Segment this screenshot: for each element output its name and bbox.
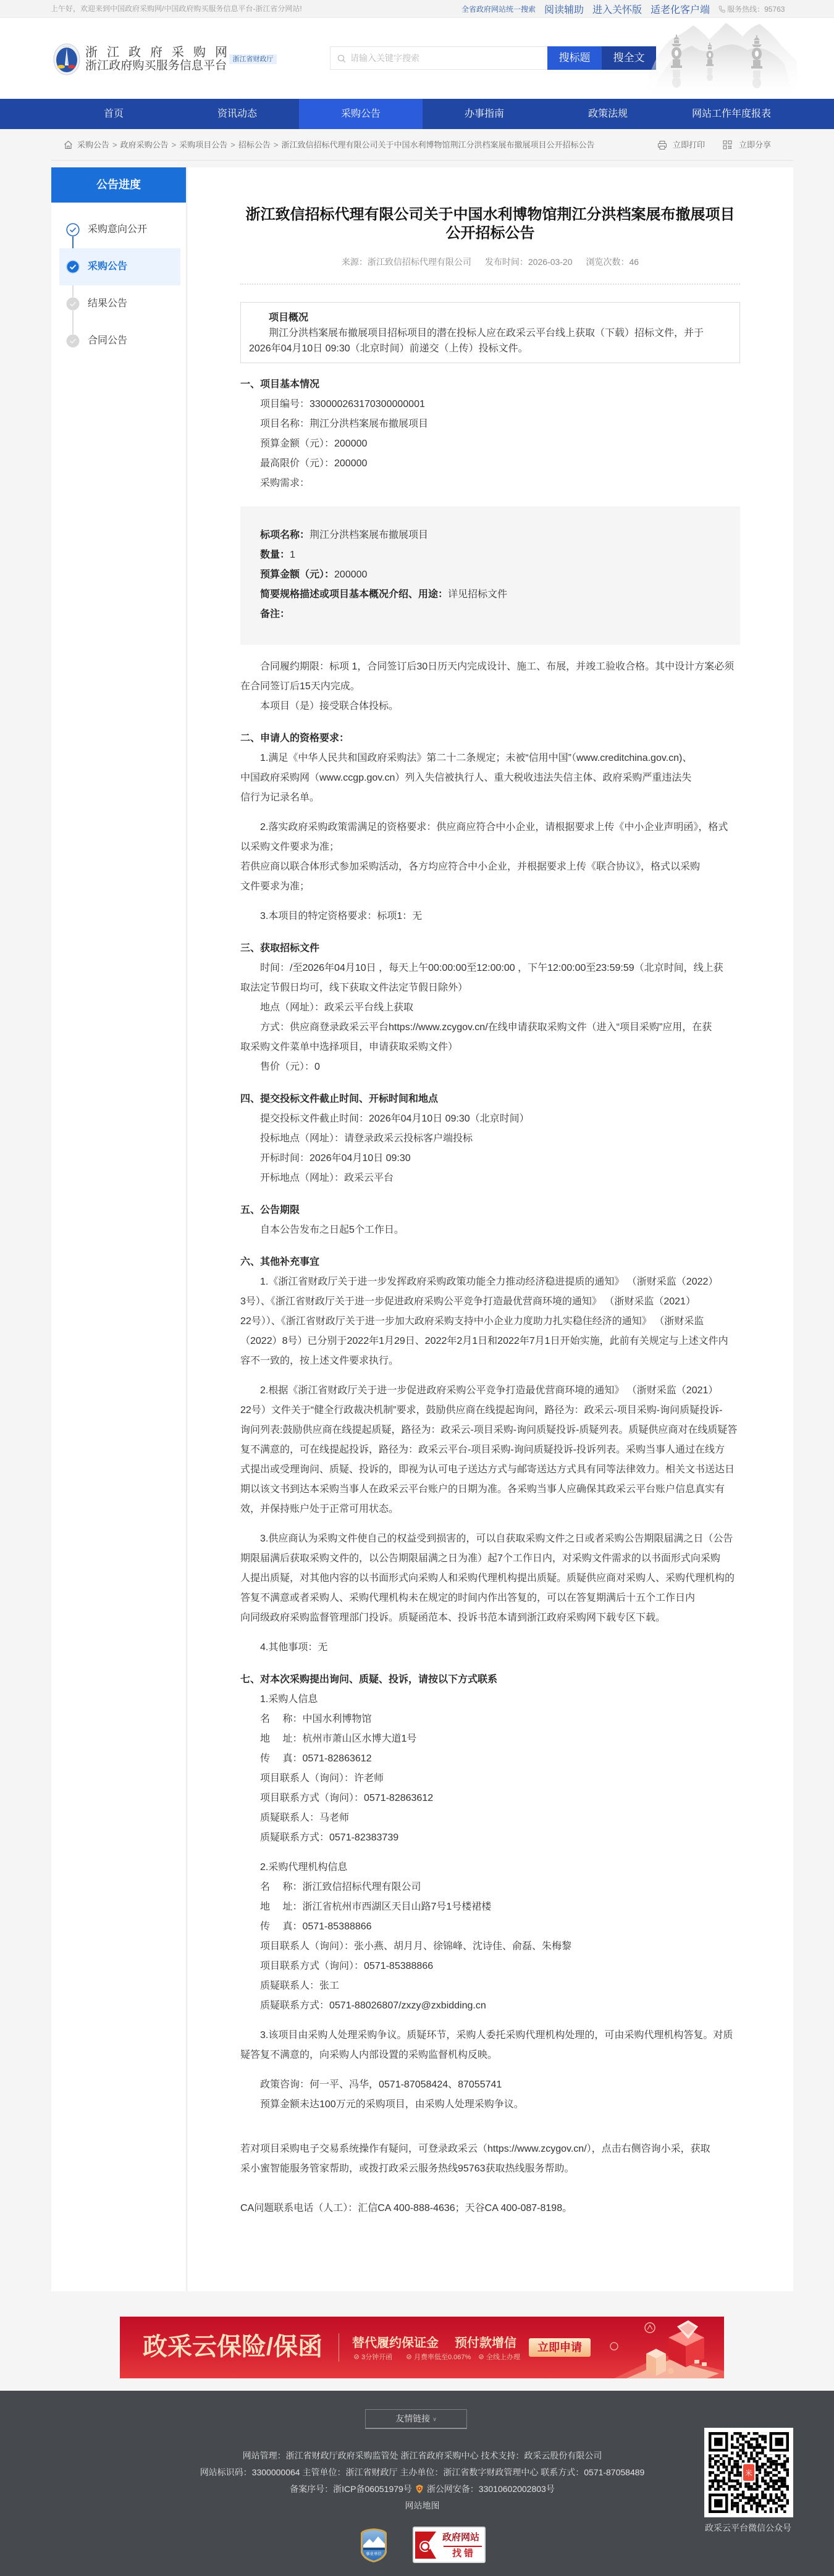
section-heading: 七、对本次采购提出询问、质疑、投诉，请按以下方式联系 xyxy=(240,1670,740,1690)
obtain-method: 取采购文件菜单中选择项目，申请获取采购文件） xyxy=(240,1038,740,1057)
finance-dept-tag: 浙江省财政厅 xyxy=(229,54,277,64)
contract-period: 在合同签订后15天内完成。 xyxy=(240,677,740,697)
article: 浙江致信招标代理有限公司关于中国水利博物馆荆江分洪档案展布撤展项目 公开招标公告… xyxy=(240,206,740,2218)
obtain-method: 方式：供应商登录政采云平台https://www.zcygov.cn/在线申请获… xyxy=(240,1018,740,1038)
supplementary-1: 22号））、《浙江省财政厅关于进一步加大政府采购支持中小企业力度助力扎实稳住经济… xyxy=(240,1312,740,1332)
step-procurement-intent[interactable]: 采购意向公开 xyxy=(59,211,180,248)
breadcrumb-separator: > xyxy=(230,140,235,149)
requirement-1: 1.满足《中华人民共和国政府采购法》第二十二条规定；未被“信用中国”（www.c… xyxy=(240,749,740,768)
agency-contact: 项目联系人（询问）：张小燕、胡月月、徐锦峰、沈诗佳、俞磊、朱梅黎 xyxy=(240,1937,740,1957)
overview-line: 荆江分洪档案展布撤展项目招标项目的潜在投标人应在政采云平台线上获取（下载）招标文… xyxy=(249,325,731,341)
dotted-divider xyxy=(240,283,740,285)
mountain-pagoda-decoration xyxy=(649,18,797,99)
feature-text: 月费率低至0.067% xyxy=(414,2352,471,2362)
bid-place: 投标地点（网址）：请登录政采云投标客户端投标 xyxy=(240,1129,740,1149)
logo-text[interactable]: 浙 江 政 府 采 购 网 浙江政府购买服务信息平台 xyxy=(85,46,227,73)
top-links: 全省政府网站统一搜索 阅读辅助 进入关怀版 适老化客户端 服务热线：95763 xyxy=(461,0,785,18)
procurement-demand-label: 采购需求： xyxy=(240,474,740,493)
lot-label: 备注： xyxy=(260,609,290,619)
section-heading: 二、申请人的资格要求： xyxy=(240,729,740,749)
logo-subtitle: 浙江政府购买服务信息平台 xyxy=(85,59,227,73)
breadcrumb-separator: > xyxy=(274,140,279,149)
requirement-2: 以采购文件要求为准； xyxy=(240,837,740,857)
care-mode-link[interactable]: 进入关怀版 xyxy=(592,2,642,16)
section-heading: 五、公告期限 xyxy=(240,1201,740,1220)
dispute-handling: 疑答复不满意的，向采购人内部设置的采购监督机构反映。 xyxy=(240,2045,740,2065)
main-nav: 首页 资讯动态 采购公告 办事指南 政策法规 网站工作年度报表 xyxy=(0,99,834,129)
agency-name: 名 称：浙江致信招标代理有限公司 xyxy=(240,1877,740,1897)
supplementary-2: 效，并保持账户处于正常可用状态。 xyxy=(240,1500,740,1519)
view-count: 浏览次数：46 xyxy=(586,257,639,267)
step-result-notice[interactable]: 结果公告 xyxy=(59,285,180,322)
reading-aid-link[interactable]: 阅读辅助 xyxy=(544,2,584,16)
nav-annual-report[interactable]: 网站工作年度报表 xyxy=(670,99,793,129)
purchaser-challenge-phone: 质疑联系方式：0571-82383739 xyxy=(240,1828,740,1848)
badge-error-underline xyxy=(444,2546,482,2547)
lot-value: 200000 xyxy=(334,569,367,580)
lot-label: 标项名称： xyxy=(260,530,310,540)
notice-period: 自本公告发布之日起5个工作日。 xyxy=(240,1220,740,1240)
greeting-text: 上午好，欢迎来到中国政府采购网/中国政府购买服务信息平台-浙江省分网站! xyxy=(51,0,302,18)
bid-deadline: 提交投标文件截止时间：2026年04月10日 09:30（北京时间） xyxy=(240,1109,740,1129)
document-price: 售价（元）：0 xyxy=(240,1057,740,1077)
svg-text:米: 米 xyxy=(745,2469,752,2477)
apply-now-button[interactable]: 立即申请 xyxy=(529,2338,591,2357)
requirement-2-consortium: 若供应商以联合体形式参加采购活动，各方均应符合中小企业，并根据要求上传《联合协议… xyxy=(240,857,740,877)
site-header: • • • • • 浙 江 政 府 采 购 网 浙江政府购买服务信息平台 浙江省… xyxy=(0,18,834,99)
police-record-link[interactable]: 浙公网安备：33010602002803号 xyxy=(427,2484,555,2494)
supplementary-2: 期以该文书到达本采购当事人在政采云平台账户的日期为准。各采购当事人应确保其政采云… xyxy=(240,1480,740,1500)
elderly-client-link[interactable]: 适老化客户端 xyxy=(651,2,710,16)
print-button[interactable]: 立即打印 xyxy=(673,129,705,161)
lot-info-box: 标项名称：荆江分洪档案展布撤展项目 数量：1 预算金额（元）：200000 简要… xyxy=(240,506,740,645)
qr-caption: 政采云平台微信公众号 xyxy=(699,2522,798,2534)
banner-subtitle: 预付款增信 xyxy=(455,2336,516,2351)
project-name: 项目名称：荆江分洪档案展布撤展项目 xyxy=(240,414,740,434)
policy-consult: 政策咨询：何一平、冯华，0571-87058424、87055741 xyxy=(240,2075,740,2095)
purchaser-info-title: 1.采购人信息 xyxy=(240,1690,740,1710)
share-button[interactable]: 立即分享 xyxy=(739,129,771,161)
notice-progress-sidebar: 公告进度 采购意向公开 采购公告 结果公告 合同公告 xyxy=(51,167,187,2291)
step-label: 采购公告 xyxy=(88,248,127,285)
search-fulltext-button[interactable]: 搜全文 xyxy=(602,46,656,70)
step-contract-notice[interactable]: 合同公告 xyxy=(59,322,180,359)
breadcrumb-separator: > xyxy=(172,140,177,149)
supplementary-2: 询问列表:鼓励供应商在线提起质疑，路径为：政采云-项目采购-询问质疑投诉-质疑列… xyxy=(240,1420,740,1440)
budget-amount: 预算金额（元）：200000 xyxy=(240,434,740,454)
lot-row: 简要规格描述或项目基本概况介绍、用途：详见招标文件 xyxy=(260,585,740,605)
check-circle-icon xyxy=(406,2354,411,2359)
breadcrumb: 采购公告>政府采购公告>采购项目公告>招标公告>浙江致信招标代理有限公司关于中国… xyxy=(77,129,594,161)
requirement-2: 2.落实政府采购政策需满足的资格要求：供应商应符合中小企业，请根据要求上传《中小… xyxy=(240,818,740,837)
nav-policies[interactable]: 政策法规 xyxy=(546,99,670,129)
supplementary-1: 容不一致的，按上述文件要求执行。 xyxy=(240,1351,740,1371)
project-overview-box: 项目概况 荆江分洪档案展布撤展项目招标项目的潜在投标人应在政采云平台线上获取（下… xyxy=(240,302,740,363)
badge-error-line1: 政府网站 xyxy=(442,2532,479,2544)
logo-emblem-icon[interactable]: • • • • • xyxy=(53,43,80,75)
lot-label: 简要规格描述或项目基本概况介绍、用途： xyxy=(260,589,448,600)
requirement-1: 中国政府采购网（www.ccgp.gov.cn）列入失信被执行人、重大税收违法失… xyxy=(240,768,740,788)
gov-site-error-report-badge[interactable]: 政府网站 找错 xyxy=(413,2527,486,2563)
section-heading: 三、获取招标文件 xyxy=(240,939,740,959)
step-label: 结果公告 xyxy=(88,285,127,322)
agency-address: 地 址：浙江省杭州市西湖区天目山路7号1号楼裙楼 xyxy=(240,1897,740,1917)
purchaser-fax: 传 真：0571-82863612 xyxy=(240,1749,740,1769)
chevron-down-icon: ∨ xyxy=(432,2410,437,2428)
agency-info-title: 2.采购代理机构信息 xyxy=(240,1858,740,1877)
public-institution-badge[interactable]: 事业单位 xyxy=(360,2528,388,2563)
sidebar-title: 公告进度 xyxy=(51,167,186,203)
badge-error-line2: 找错 xyxy=(452,2548,476,2560)
supplementary-4: 4.其他事项：无 xyxy=(240,1638,740,1658)
agency-fax: 传 真：0571-85388866 xyxy=(240,1917,740,1937)
section-heading: 一、项目基本情况 xyxy=(240,375,740,395)
section-heading: 四、提交投标文件截止时间、开标时间和地点 xyxy=(240,1089,740,1109)
friend-links-label: 友情链接 xyxy=(395,2414,430,2423)
badge-text: 事业单位 xyxy=(366,2551,382,2556)
help-note: 采小蜜智能服务管家帮助，或拨打政采云服务热线95763获取热线服务帮助。 xyxy=(240,2159,740,2179)
lot-row: 预算金额（元）：200000 xyxy=(260,565,740,585)
ca-contact: CA问题联系电话（人工）：汇信CA 400-888-4636；天谷CA 400-… xyxy=(240,2199,740,2218)
opening-time: 开标时间：2026年04月10日 09:30 xyxy=(240,1149,740,1168)
help-note: 若对项目采购电子交易系统操作有疑问，可登录政采云（https://www.zcy… xyxy=(240,2139,740,2159)
requirement-3: 3.本项目的特定资格要求：标项1：无 xyxy=(240,907,740,926)
supplementary-3: 3.供应商认为采购文件使自己的权益受到损害的，可以自获取采购文件之日或者采购公告… xyxy=(240,1529,740,1549)
lot-value: 详见招标文件 xyxy=(448,589,507,600)
site-footer: 友情链接∨ 网站管理：浙江省财政厅政府采购监管处 浙江省政府采购中心 技术支持：… xyxy=(0,2391,834,2576)
qr-share-icon[interactable] xyxy=(723,140,732,149)
breadcrumb-item[interactable]: 招标公告 xyxy=(238,140,271,149)
print-icon[interactable] xyxy=(657,140,667,150)
purchaser-address: 地 址：杭州市萧山区水博大道1号 xyxy=(240,1729,740,1749)
supplementary-3: 向同级政府采购监督管理部门投诉。质疑函范本、投诉书范本请到浙江政府采购网下载专区… xyxy=(240,1608,740,1628)
logo-title: 浙 江 政 府 采 购 网 xyxy=(85,46,227,59)
home-icon[interactable] xyxy=(64,140,73,149)
footer-info: 网站管理：浙江省财政厅政府采购监管处 浙江省政府采购中心 技术支持：政采云股份有… xyxy=(51,2448,793,2514)
nav-home[interactable]: 首页 xyxy=(52,99,175,129)
banner-subtitle: 替代履约保证金 xyxy=(352,2336,439,2351)
feature-text: 全线上办理 xyxy=(486,2352,520,2362)
site-search-link[interactable]: 全省政府网站统一搜索 xyxy=(461,4,536,14)
step-procurement-notice[interactable]: 采购公告 xyxy=(59,248,180,285)
overview-heading: 项目概况 xyxy=(249,310,731,325)
search-title-button[interactable]: 搜标题 xyxy=(547,46,602,70)
breadcrumb-item[interactable]: 采购项目公告 xyxy=(179,140,227,149)
check-circle-pending-icon xyxy=(66,297,80,311)
lot-label: 预算金额（元）： xyxy=(260,569,334,580)
nav-procurement-notices[interactable]: 采购公告 xyxy=(299,99,423,129)
banner-feature: 3分钟开函 xyxy=(354,2352,392,2361)
search-input[interactable] xyxy=(350,47,542,69)
hotline-text: 服务热线：95763 xyxy=(727,4,785,14)
phone-icon xyxy=(718,6,725,13)
check-circle-filled-icon xyxy=(66,260,80,274)
supplementary-1: 1.《浙江省财政厅关于进一步发挥政府采购政策功能全力推动经济稳进提质的通知》 （… xyxy=(240,1272,740,1292)
nav-news[interactable]: 资讯动态 xyxy=(175,99,299,129)
purchaser-name: 名 称：中国水利博物馆 xyxy=(240,1710,740,1729)
breadcrumb-item[interactable]: 政府采购公告 xyxy=(120,140,169,149)
consortium-note: 本项目（是）接受联合体投标。 xyxy=(240,697,740,716)
check-circle-pending-icon xyxy=(66,334,80,348)
supplementary-1: （2022）8号）已分别于2022年1月29日、2022年2月1日和2022年7… xyxy=(240,1332,740,1351)
opening-place: 开标地点（网址）：政采云平台 xyxy=(240,1168,740,1188)
lot-value: 荆江分洪档案展布撤展项目 xyxy=(310,530,428,540)
supplementary-2: 式提出或受理询问、质疑、投诉的，即视为认可电子送达方式与邮寄送达方式具有同等法律… xyxy=(240,1460,740,1480)
supplementary-3: 期限届满后获取采购文件的，以公告期限届满之日为准）起7个工作日内，对采购文件需求… xyxy=(240,1549,740,1569)
breadcrumb-separator: > xyxy=(112,140,117,149)
supplementary-1: 3号）、《浙江省财政厅关于进一步促进政府采购公平竞争打造最优营商环境的通知》 （… xyxy=(240,1292,740,1312)
supplementary-2: 2.根据《浙江省财政厅关于进一步促进政府采购公平竞争打造最优营商环境的通知》 （… xyxy=(240,1381,740,1401)
step-label: 合同公告 xyxy=(88,322,127,359)
magnifier-error-icon xyxy=(415,2530,442,2560)
icp-link[interactable]: 备案序号：浙ICP备06051979号 xyxy=(290,2484,412,2494)
banner-divider xyxy=(339,2333,339,2362)
search-box xyxy=(330,46,547,70)
overview-line: 2026年04月10日 09:30（北京时间）前递交（上传）投标文件。 xyxy=(249,341,731,356)
obtain-time: 取法定节假日均可，线下获取文件法定节假日除外） xyxy=(240,978,740,998)
supplementary-3: 人提出质疑，对其他内容的以书面形式向采购人和采购代理机构提出质疑。质疑供应商对采… xyxy=(240,1569,740,1588)
publish-time: 发布时间：2026-03-20 xyxy=(485,257,573,267)
article-title: 浙江致信招标代理有限公司关于中国水利博物馆荆江分洪档案展布撤展项目 xyxy=(240,206,740,224)
max-price: 最高限价（元）：200000 xyxy=(240,454,740,474)
footer-management: 网站管理：浙江省财政厅政府采购监管处 浙江省政府采购中心 技术支持：政采云股份有… xyxy=(51,2448,793,2464)
banner-feature: 月费率低至0.067% xyxy=(406,2352,471,2361)
purchaser-challenge-contact: 质疑联系人：马老师 xyxy=(240,1808,740,1828)
dispute-handling: 3.该项目由采购人处理采购争议。质疑环节，采购人委托采购代理机构处理的，可由采购… xyxy=(240,2026,740,2045)
breadcrumb-item[interactable]: 采购公告 xyxy=(77,140,109,149)
search-icon xyxy=(337,54,346,63)
agency-challenge-contact: 质疑联系人：张工 xyxy=(240,1976,740,1996)
obtain-time: 时间：/至2026年04月10日 ，每天上午00:00:00至12:00:00 … xyxy=(240,959,740,978)
article-title: 公开招标公告 xyxy=(240,224,740,243)
banner-feature: 全线上办理 xyxy=(479,2352,520,2361)
divider xyxy=(51,160,793,161)
section-heading: 六、其他补充事宜 xyxy=(240,1252,740,1272)
lot-value: 1 xyxy=(290,550,295,560)
budget-note: 预算金额未达100万元的采购项目，由采购人处理采购争议。 xyxy=(240,2095,740,2115)
check-circle-icon xyxy=(479,2354,484,2359)
banner-illustration xyxy=(602,2317,724,2378)
insurance-banner[interactable]: 政采云保险/保函 替代履约保证金 预付款增信 3分钟开函 月费率低至0.067%… xyxy=(120,2317,724,2378)
requirement-2-consortium: 文件要求为准； xyxy=(240,877,740,897)
supplementary-2: 22号）文件关于“健全行政裁决机制”要求，鼓励供应商在线提起询问，路径为：政采云… xyxy=(240,1401,740,1420)
footer-site-id: 网站标识码：3300000064 主管单位：浙江省财政厅 主办单位：浙江省数字财… xyxy=(51,2464,793,2481)
svg-text:• • • • •: • • • • • xyxy=(63,45,71,48)
obtain-place: 地点（网址）：政采云平台线上获取 xyxy=(240,998,740,1018)
purchaser-contact: 项目联系人（询问）：许老师 xyxy=(240,1769,740,1789)
sitemap-link[interactable]: 网站地图 xyxy=(405,2501,440,2511)
requirement-1: 信行为记录名单。 xyxy=(240,788,740,808)
nav-service-guide[interactable]: 办事指南 xyxy=(423,99,546,129)
check-circle-icon xyxy=(354,2354,359,2359)
feature-text: 3分钟开函 xyxy=(361,2352,392,2362)
agency-challenge-phone: 质疑联系方式：0571-88026807/zxzy@zxbidding.cn xyxy=(240,1996,740,2016)
project-number: 项目编号：330000263170300000001 xyxy=(240,395,740,414)
agency-contact-phone: 项目联系方式（询问）：0571-85388866 xyxy=(240,1957,740,1976)
contract-period: 合同履约期限：标项 1，合同签订后30日历天内完成设计、施工、布展，并竣工验收合… xyxy=(240,657,740,677)
purchaser-contact-phone: 项目联系方式（询问）：0571-82863612 xyxy=(240,1789,740,1808)
breadcrumb-current: 浙江致信招标代理有限公司关于中国水利博物馆荆江分洪档案展布撤展项目公开招标公告 xyxy=(281,140,594,149)
supplementary-2: 复不满意的，可在线提起投诉，路径为：政采云平台-项目采购-询问质疑投诉-投诉列表… xyxy=(240,1440,740,1460)
friend-links-dropdown[interactable]: 友情链接∨ xyxy=(365,2409,467,2429)
supplementary-3: 答复不满意或者采购人、采购代理机构未在规定的时间内作出答复的，可以在答复期满后十… xyxy=(240,1588,740,1608)
lot-row: 标项名称：荆江分洪档案展布撤展项目 xyxy=(260,526,740,545)
lot-row: 备注： xyxy=(260,605,740,624)
top-bar: 上午好，欢迎来到中国政府采购网/中国政府购买服务信息平台-浙江省分网站! 全省政… xyxy=(0,0,834,18)
lot-label: 数量： xyxy=(260,550,290,560)
check-circle-icon xyxy=(66,223,80,237)
article-meta: 来源：浙江致信招标代理有限公司发布时间：2026-03-20浏览次数：46 xyxy=(240,256,740,268)
lot-row: 数量：1 xyxy=(260,545,740,565)
breadcrumb-bar: 采购公告>政府采购公告>采购项目公告>招标公告>浙江致信招标代理有限公司关于中国… xyxy=(0,129,834,160)
wechat-qr-code: 米 xyxy=(704,2428,793,2517)
article-panel: 浙江致信招标代理有限公司关于中国水利博物馆荆江分洪档案展布撤展项目 公开招标公告… xyxy=(188,167,793,2291)
article-source: 来源：浙江致信招标代理有限公司 xyxy=(342,257,471,267)
footer-record: 备案序号：浙ICP备06051979号浙公网安备：33010602002803号 xyxy=(51,2481,793,2498)
step-label: 采购意向公开 xyxy=(88,211,147,248)
banner-title: 政采云保险/保函 xyxy=(143,2333,322,2360)
police-badge-icon xyxy=(415,2484,424,2494)
